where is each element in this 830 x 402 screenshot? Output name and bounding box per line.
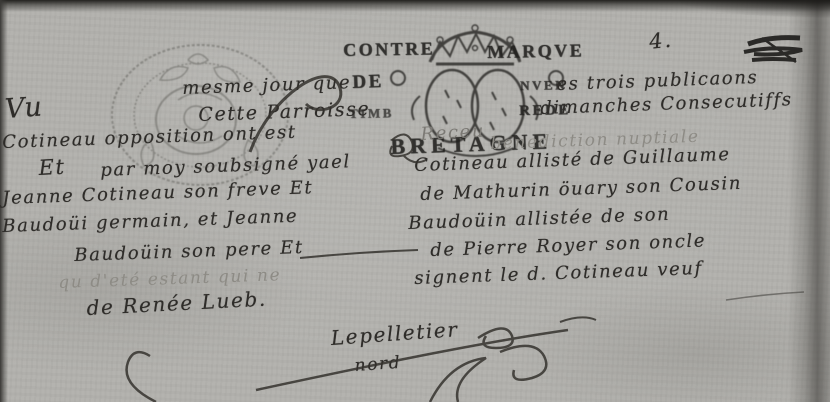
handwritten-line8-right: signent le d. Cotineau veuf: [414, 258, 703, 289]
handwritten-line5-right: de Mathurin öuary son Cousin: [420, 173, 742, 205]
handwritten-line7-right: de Pierre Royer son oncle: [430, 230, 706, 261]
stamp-word-de: DE: [352, 71, 384, 94]
handwritten-line3-middle: Receu: [420, 121, 486, 145]
signature-subscript: nord: [354, 353, 402, 376]
handwritten-line3-left: Cotineau opposition ont est: [2, 122, 297, 153]
handwritten-line1-left: mesme jour que: [182, 72, 352, 99]
handwritten-line7-left: Baudoüin son pere Et: [74, 237, 304, 266]
handwritten-line6-right: Baudoüin allistée de son: [408, 204, 671, 234]
handwritten-line9: de Renée Lueb.: [86, 287, 267, 320]
page-fold-shadow-right: [788, 0, 830, 402]
handwritten-line4-middle: par moy soubsigné yael: [100, 151, 351, 181]
handwritten-line4-initial: Et: [38, 155, 66, 180]
handwritten-line5-left: Jeanne Cotineau son freve Et: [2, 177, 314, 209]
page-number: 4.: [648, 28, 674, 54]
stamp-word-contre: CONTRE: [343, 38, 435, 61]
manuscript-page: CONTRE MARQVE DE NVEN TIMB REDE BRETAGNE…: [0, 0, 830, 402]
handwritten-line6-left: Baudoüi germain, et Jeanne: [2, 206, 299, 237]
stamp-word-marqve: MARQVE: [487, 40, 584, 63]
handwritten-line2-initial: Vu: [4, 91, 44, 125]
signature-name: Lepelletier: [330, 317, 459, 350]
page-edge-top-right: [610, 0, 830, 26]
